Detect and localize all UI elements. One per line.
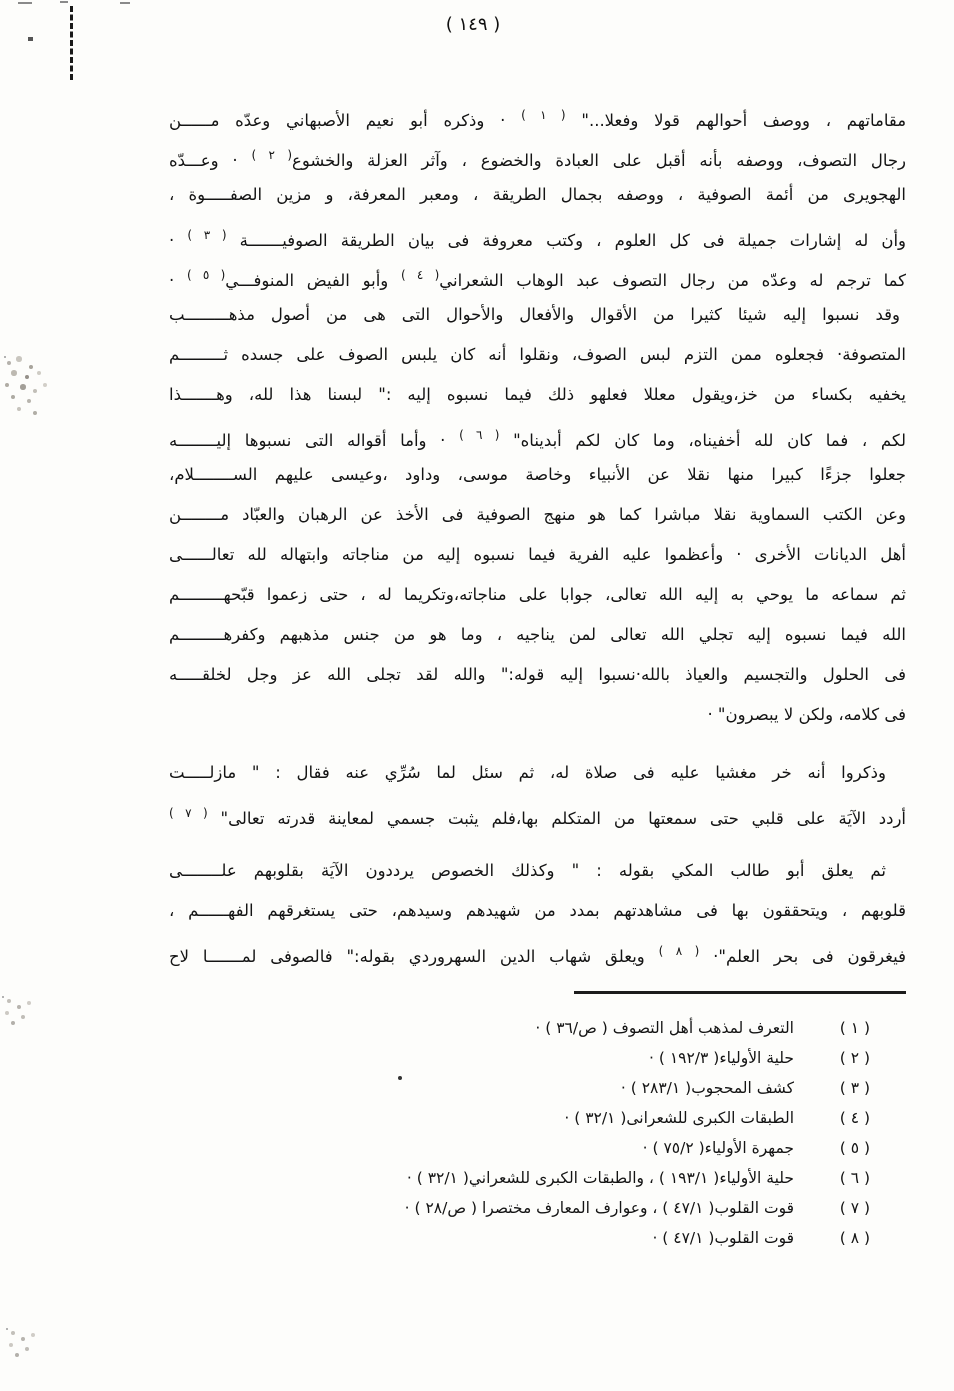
- footnote-ref-1: ( ١ ): [521, 108, 565, 122]
- footnote-row: ( ٧ ) قوت القلوب( ٤٧/١ ) ، وعوارف المعار…: [405, 1193, 870, 1223]
- body-line: قلوبهم ، ويتحققون بها فى مشاهدتهم بمدد م…: [169, 891, 906, 931]
- ink-smudge: [4, 356, 6, 358]
- footnote-number: ( ١ ): [818, 1013, 870, 1043]
- footnote-divider: [574, 991, 906, 994]
- ink-smudge: [398, 1076, 402, 1080]
- footnote-row: ( ٢ ) حلية الأولياء( ١٩٢/٣ ) ·: [405, 1043, 870, 1073]
- footnote-text: كشف المحجوب( ٢٨٣/١ ) ·: [621, 1073, 794, 1103]
- body-line: ثم سماعه ما يوحي به إليه الله تعالى، جوا…: [169, 575, 906, 615]
- body-line: الله فيما نسبوه إليه تجلي الله تعالى لمن…: [169, 615, 906, 655]
- body-line: فى الحلول والتجسيم والعياذ بالله·نسبوا إ…: [169, 655, 906, 695]
- footnote-text: الطبقات الكبرى للشعرانى( ٣٢/١ ) ·: [564, 1103, 794, 1133]
- footnote-number: ( ٣ ): [818, 1073, 870, 1103]
- body-line: جعلوا جزءًا كبيرا منها نقلا عن الأنبياء …: [169, 455, 906, 495]
- footnote-row: ( ٣ ) كشف المحجوب( ٢٨٣/١ ) ·: [405, 1073, 870, 1103]
- body-line: أهل الديانات الأخرى · وأعظموا عليه الفري…: [169, 535, 906, 575]
- page-number: ( ١٤٩ ): [408, 14, 538, 35]
- body-line: المتصوفة· فجعلوه ممن التزم لبس الصوف، ون…: [169, 335, 906, 375]
- body-line: وعن الكتب السماوية نقلا مباشرا كما هو من…: [169, 495, 906, 535]
- body-line: وقد نسبوا إليه شيئا كثيرا من الأقوال وال…: [169, 295, 906, 335]
- footnotes: ( ١ ) التعرف لمذهب أهل التصوف ( ص/٣٦ ) ·…: [405, 1013, 870, 1253]
- body-text: مقاماتهم ، ووصف أحوالهم قولا وفعلا..." (…: [169, 95, 906, 971]
- footnote-text: التعرف لمذهب أهل التصوف ( ص/٣٦ ) ·: [535, 1013, 794, 1043]
- body-line: فى كلامه، ولكن لا يبصرون" ·: [169, 695, 906, 735]
- body-line: ثم يعلق أبو طالب المكي بقوله : " وكذلك ا…: [169, 851, 906, 891]
- body-line: وأن له إشارات جميلة فى كل العلوم ، وكتب …: [169, 215, 906, 255]
- scanned-page: ( ١٤٩ ) مقاماتهم ، ووصف أحوالهم قولا وفع…: [0, 0, 954, 1391]
- ink-smudge: [6, 1328, 8, 1330]
- body-line: فيغرقون فى بحر العلم"· ( ٨ ) ويعلق شهاب …: [169, 931, 906, 971]
- footnote-number: ( ٥ ): [818, 1133, 870, 1163]
- footnote-ref-7: ( ٧ ): [169, 806, 208, 820]
- footnote-ref-6: ( ٦ ): [459, 428, 499, 442]
- body-line: أردد الآيَة على قلبي حتى سمعتها من المتك…: [169, 793, 906, 833]
- footnote-number: ( ٦ ): [818, 1163, 870, 1193]
- footnote-number: ( ٤ ): [818, 1103, 870, 1133]
- body-line: كما ترجم له وعدّه من رجال التصوف عبد الو…: [169, 255, 906, 295]
- body-line: مقاماتهم ، ووصف أحوالهم قولا وفعلا..." (…: [169, 95, 906, 135]
- ink-smudge: [18, 2, 32, 4]
- footnote-row: ( ٨ ) قوت القلوب( ٤٧/١ ) ·: [405, 1223, 870, 1253]
- footnote-ref-5: ( ٥ ): [187, 268, 225, 282]
- footnote-text: حلية الأولياء( ١٩٢/٣ ) ·: [649, 1043, 794, 1073]
- footnote-text: قوت القلوب( ٤٧/١ ) ، وعوارف المعارف مختص…: [405, 1193, 794, 1223]
- footnote-ref-8: ( ٨ ): [659, 944, 700, 958]
- footnote-row: ( ٦ ) حلية الأولياء( ١٩٣/١ ) ، والطبقات …: [405, 1163, 870, 1193]
- body-line: الهجويرى من أئمة الصوفية ، ووصفه بجمال ا…: [169, 175, 906, 215]
- body-line: رجال التصوف، ووصفه بأنه أقبل على العبادة…: [169, 135, 906, 175]
- footnote-row: ( ٤ ) الطبقات الكبرى للشعرانى( ٣٢/١ ) ·: [405, 1103, 870, 1133]
- footnote-text: حلية الأولياء( ١٩٣/١ ) ، والطبقات الكبرى…: [407, 1163, 794, 1193]
- ink-smudge: [2, 996, 4, 998]
- footnote-number: ( ٧ ): [818, 1193, 870, 1223]
- body-line: لكم ، فما كان لله أخفيناه، وما كان لكم أ…: [169, 415, 906, 455]
- footnote-ref-2: ( ٢ ): [251, 148, 292, 162]
- footnote-number: ( ٢ ): [818, 1043, 870, 1073]
- body-line: يخفيه بكساء من خز،ويقول معللا فعلهو ذلك …: [169, 375, 906, 415]
- margin-dash-mark: [70, 6, 73, 80]
- footnote-number: ( ٨ ): [818, 1223, 870, 1253]
- footnote-text: جمهرة الأولياء( ٧٥/٢ ) ·: [643, 1133, 794, 1163]
- ink-smudge: [120, 2, 130, 4]
- footnote-text: قوت القلوب( ٤٧/١ ) ·: [652, 1223, 794, 1253]
- footnote-ref-4: ( ٤ ): [401, 268, 439, 282]
- footnote-row: ( ١ ) التعرف لمذهب أهل التصوف ( ص/٣٦ ) ·: [405, 1013, 870, 1043]
- ink-smudge: [60, 1, 68, 3]
- body-line: وذكروا أنه خر مغشيا عليه فى صلاة له، ثم …: [169, 753, 906, 793]
- footnote-row: ( ٥ ) جمهرة الأولياء( ٧٥/٢ ) ·: [405, 1133, 870, 1163]
- ink-smudge: [28, 37, 33, 41]
- footnote-ref-3: ( ٣ ): [187, 228, 226, 242]
